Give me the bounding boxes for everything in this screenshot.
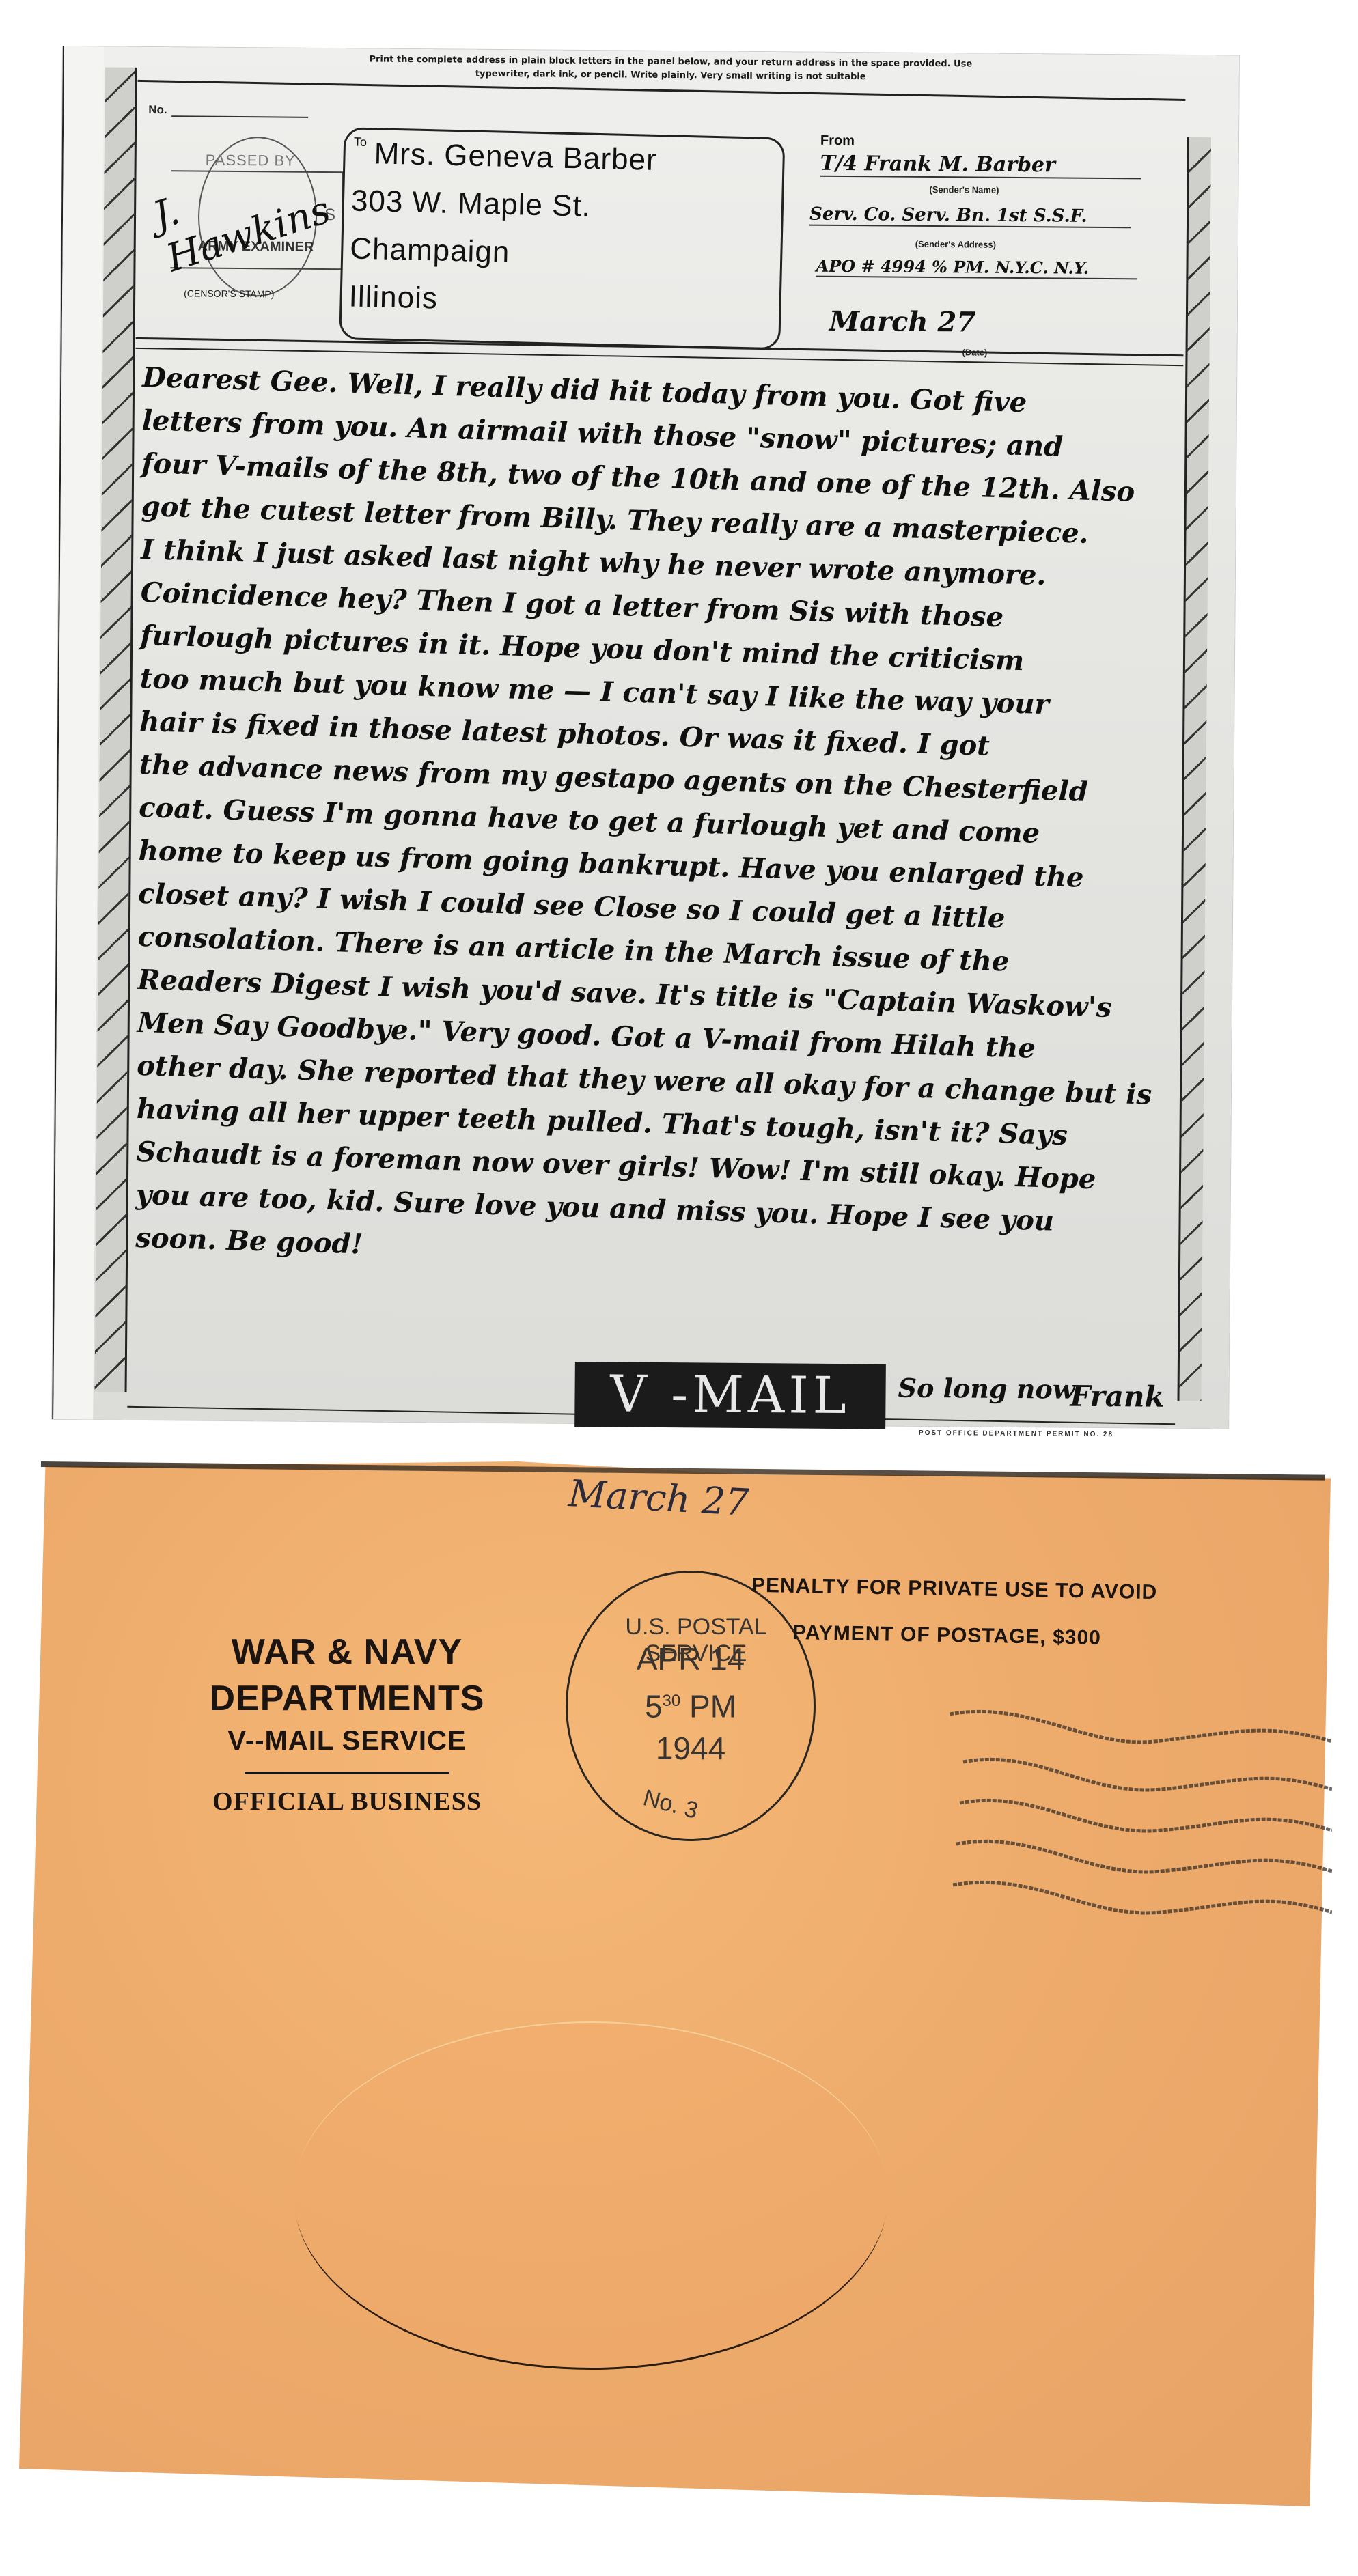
- cancellation-wavy-lines: [950, 1694, 1332, 1926]
- vmail-banner: V -MAIL: [574, 1362, 886, 1429]
- envelope-return-heading: WAR & NAVY DEPARTMENTS V--MAIL SERVICE O…: [183, 1629, 511, 1817]
- form-instructions: Print the complete address in plain bloc…: [363, 53, 978, 85]
- heading-vmail-service: V--MAIL SERVICE: [183, 1726, 511, 1756]
- heading-departments: DEPARTMENTS: [183, 1675, 511, 1722]
- envelope-address-window: [294, 2021, 888, 2370]
- recipient-name: Mrs. Geneva Barber: [374, 137, 657, 178]
- letter-date: March 27: [829, 305, 1130, 339]
- recipient-street: 303 W. Maple St.: [350, 184, 591, 223]
- letter-body: Dearest Gee. Well, I really did hit toda…: [135, 361, 1167, 1273]
- postmark: U.S. POSTAL SERVICE APR 14 530 PM 1944 N…: [566, 1571, 816, 1841]
- heading-official-business: OFFICIAL BUSINESS: [183, 1787, 511, 1817]
- sender-address-line-2: APO # 4994 % PM. N.Y.C. N.Y.: [816, 256, 1137, 280]
- postmark-year: 1944: [636, 1727, 745, 1769]
- recipient-state: Illinois: [348, 279, 438, 316]
- vmail-letter: Print the complete address in plain bloc…: [52, 46, 1239, 1428]
- censor-stamp-caption: (CENSOR'S STAMP): [184, 288, 274, 299]
- heading-war-navy: WAR & NAVY: [183, 1629, 511, 1675]
- postmark-station: No. 3: [640, 1784, 701, 1825]
- letter-signature: Frank: [1070, 1380, 1164, 1414]
- sender-address-caption: (Sender's Address): [915, 239, 996, 250]
- letter-closing: So long now.: [898, 1373, 1081, 1405]
- sender-address-line-1: Serv. Co. Serv. Bn. 1st S.S.F.: [809, 204, 1131, 229]
- number-line: [171, 115, 308, 118]
- sender-name-caption: (Sender's Name): [929, 184, 999, 195]
- number-label: No.: [148, 103, 167, 117]
- top-rule: [138, 80, 1186, 101]
- censor-stamp: PASSED BY S ARMY EXAMINER J. Hawkins: [156, 136, 335, 281]
- postmark-center: APR 14 530 PM 1944: [636, 1638, 745, 1769]
- to-label: To: [354, 135, 368, 150]
- heading-rule: [245, 1772, 449, 1774]
- postmark-time: 530 PM: [636, 1680, 745, 1727]
- recipient-address-panel: To Mrs. Geneva Barber 303 W. Maple St. C…: [339, 127, 785, 350]
- postmark-date: APR 14: [636, 1638, 745, 1680]
- sender-name: T/4 Frank M. Barber: [820, 152, 1141, 180]
- recipient-city: Champaign: [350, 232, 510, 269]
- from-label: From: [820, 133, 855, 149]
- vmail-form: Print the complete address in plain bloc…: [127, 47, 1186, 1428]
- permit-number: POST OFFICE DEPARTMENT PERMIT NO. 28: [919, 1429, 1113, 1438]
